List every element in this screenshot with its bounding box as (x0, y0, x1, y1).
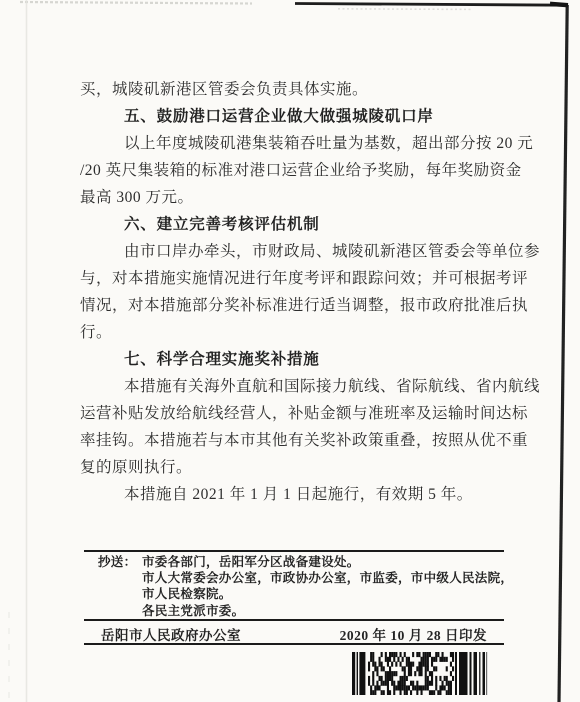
print-date: 2020 年 10 月 28 日印发 (340, 624, 487, 644)
cc-line: 各民主党派市委。 (142, 603, 513, 619)
cc-line: 市委各部门，岳阳军分区战备建设处。 (142, 554, 513, 570)
section-heading-7: 七、科学合理实施奖补措施 (80, 346, 510, 373)
body-line: /20 英尺集装箱的标准对港口运营企业给予奖励，每年奖励资金 (80, 157, 510, 184)
body-line: 本措施自 2021 年 1 月 1 日起施行，有效期 5 年。 (80, 481, 510, 508)
document-body: 买，城陵矶新港区管委会负责具体实施。 五、鼓励港口运营企业做大做强城陵矶口岸 以… (80, 76, 510, 508)
body-line: 运营补贴发放给航线经营人，补贴金额与准班率及运输时间达标 (80, 400, 510, 427)
cc-label: 抄送： (98, 554, 142, 570)
cc-recipients: 市委各部门，岳阳军分区战备建设处。 市人大常委会办公室，市政协办公室，市监委，市… (142, 554, 513, 619)
section-heading-5: 五、鼓励港口运营企业做大做强城陵矶口岸 (80, 103, 510, 130)
body-line: 买，城陵矶新港区管委会负责具体实施。 (80, 76, 510, 103)
barcode (352, 652, 488, 695)
scan-top-corner (550, 4, 568, 5)
body-line: 率挂钩。本措施若与本市其他有关奖补政策重叠，按照从优不重 (80, 427, 510, 454)
issuer-row: 岳阳市人民政府办公室 2020 年 10 月 28 日印发 (84, 624, 504, 643)
cc-line: 市人大常委会办公室，市政协办公室，市监委，市中级人民法院， (142, 570, 513, 586)
body-line: 由市口岸办牵头，市财政局、城陵矶新港区管委会等单位参 (80, 238, 510, 265)
body-line: 最高 300 万元。 (80, 184, 510, 211)
scan-top-edge-line (295, 4, 568, 6)
footer-separator-bottom (84, 643, 504, 645)
body-line: 行。 (80, 319, 510, 346)
issuing-office: 岳阳市人民政府办公室 (101, 624, 241, 644)
body-line: 情况，对本措施部分奖补标准进行适当调整，报市政府批准后执 (80, 292, 510, 319)
scan-right-edge-line (559, 5, 567, 702)
body-line: 与，对本措施实施情况进行年度考评和跟踪问效；并可根据考评 (80, 265, 510, 292)
body-line: 复的原则执行。 (80, 454, 510, 481)
scanned-document-page: 买，城陵矶新港区管委会负责具体实施。 五、鼓励港口运营企业做大做强城陵矶口岸 以… (0, 0, 580, 702)
cc-block: 抄送： 市委各部门，岳阳军分区战备建设处。 市人大常委会办公室，市政协办公室，市… (84, 554, 508, 619)
scan-speckle-top-mid (338, 9, 472, 10)
body-line: 以上年度城陵矶港集装箱吞吐量为基数，超出部分按 20 元 (80, 130, 510, 157)
scan-speckle-top-left (20, 2, 252, 4)
cc-line: 市人民检察院。 (142, 586, 513, 602)
footer-separator-top (84, 550, 504, 552)
footer-separator-middle (84, 619, 504, 621)
section-heading-6: 六、建立完善考核评估机制 (80, 211, 510, 238)
body-line: 本措施有关海外直航和国际接力航线、省际航线、省内航线 (80, 373, 510, 400)
